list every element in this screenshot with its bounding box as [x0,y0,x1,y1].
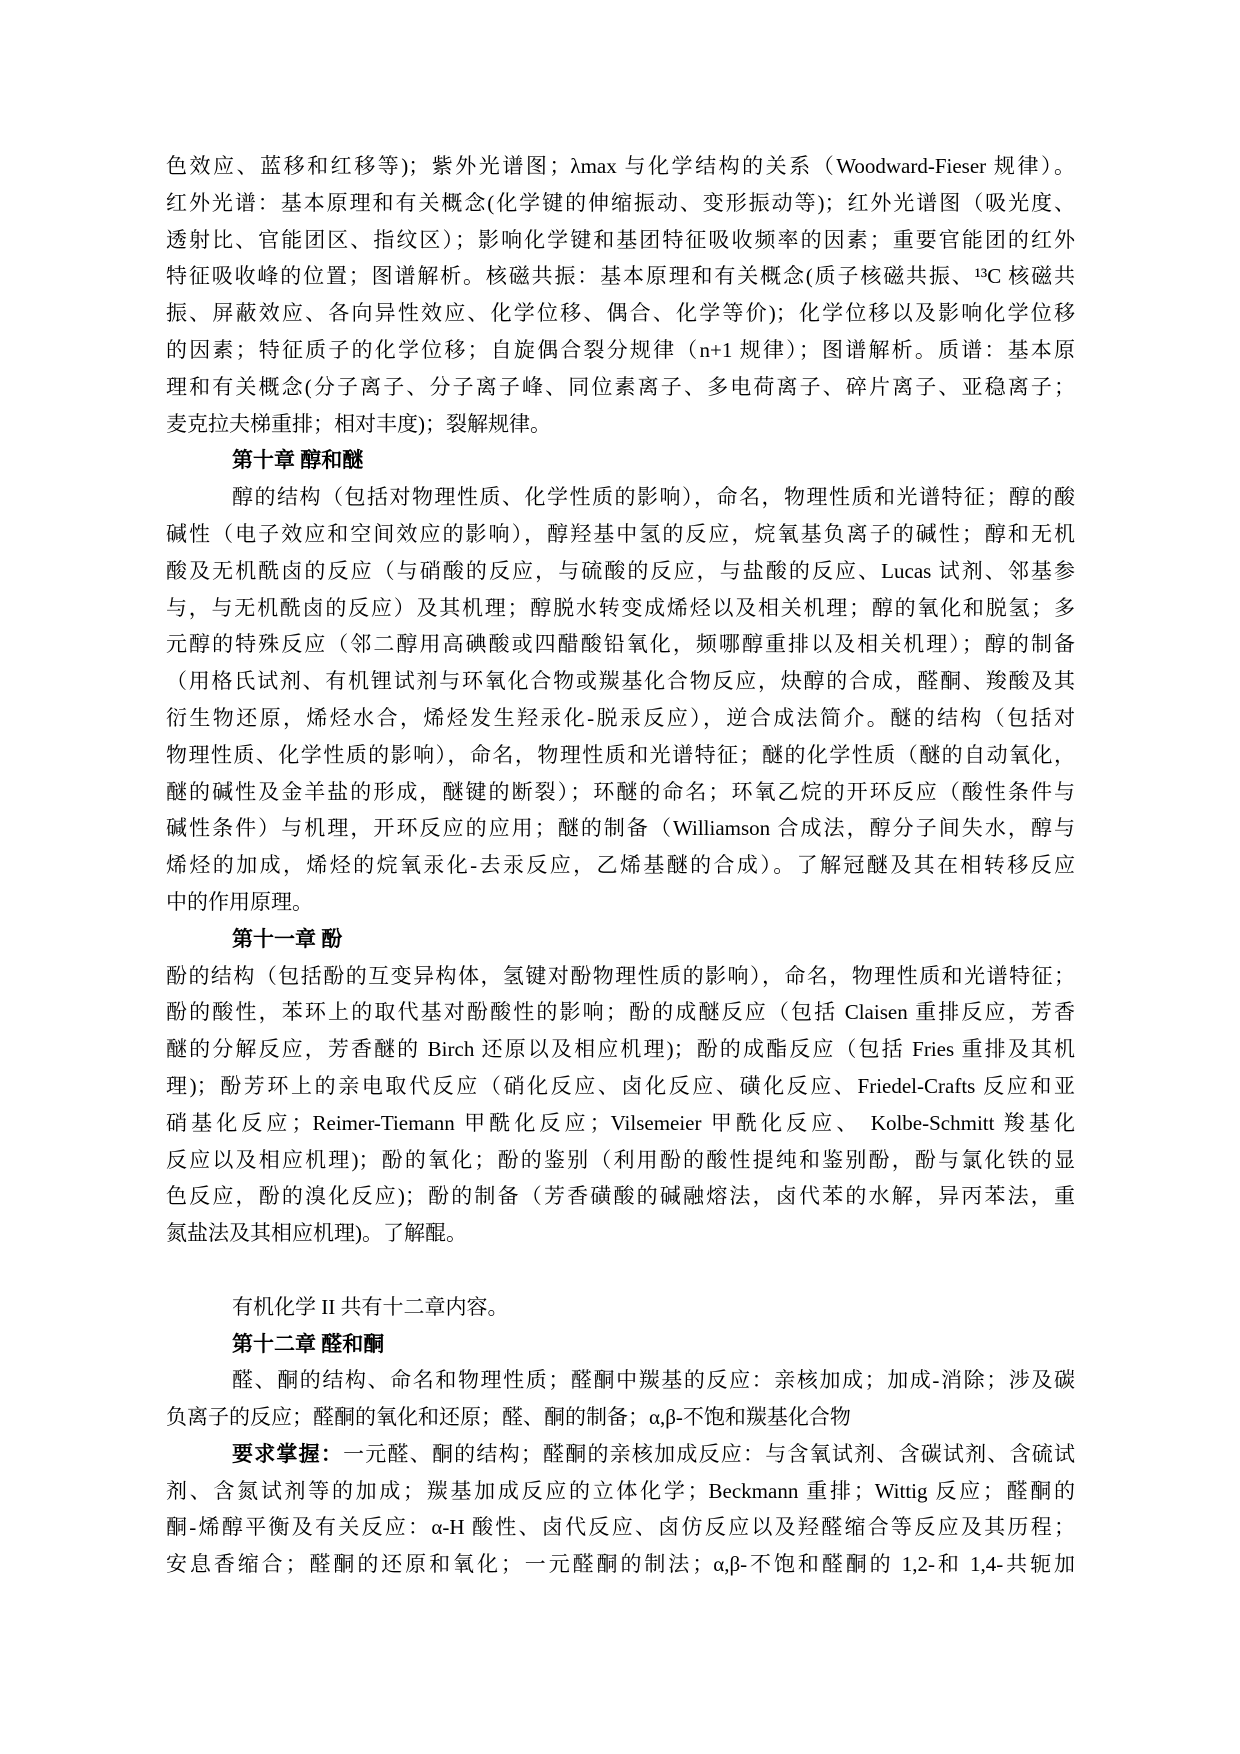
text-line: 硝基化反应；Reimer-Tiemann 甲酰化反应；Vilsemeier 甲酰… [166,1105,1075,1142]
text-line: 醇的结构（包括对物理性质、化学性质的影响），命名，物理性质和光谱特征；醇的酸 [166,479,1075,516]
chapter-heading: 第十章 醇和醚 [166,442,1075,479]
line-text: 醇的结构（包括对物理性质、化学性质的影响），命名，物理性质和光谱特征；醇的酸 [232,485,1075,509]
text-line: 色效应、蓝移和红移等)；紫外光谱图；λmax 与化学结构的关系（Woodward… [166,148,1075,185]
line-text: 酚的酸性，苯环上的取代基对酚酸性的影响；酚的成醚反应（包括 Claisen 重排… [166,1000,1075,1024]
text-line: 碱性（电子效应和空间效应的影响），醇羟基中氢的反应，烷氧基负离子的碱性；醇和无机 [166,516,1075,553]
text-line: 衍生物还原，烯烃水合，烯烃发生羟汞化-脱汞反应），逆合成法简介。醚的结构（包括对 [166,700,1075,737]
line-text: 色效应、蓝移和红移等)；紫外光谱图；λmax 与化学结构的关系（Woodward… [166,154,1075,178]
line-text: 特征吸收峰的位置；图谱解析。核磁共振：基本原理和有关概念(质子核磁共振、¹³C … [166,264,1075,288]
line-text: 一元醛、酮的结构；醛酮的亲核加成反应：与含氧试剂、含碳试剂、含硫试 [343,1442,1075,1466]
line-text: 剂、含氮试剂等的加成；羰基加成反应的立体化学；Beckmann 重排；Witti… [166,1479,1075,1503]
line-text: 第十二章 醛和酮 [232,1332,384,1356]
line-text: 色反应，酚的溴化反应)；酚的制备（芳香磺酸的碱融熔法，卤代苯的水解，异丙苯法，重 [166,1184,1075,1208]
text-line: 的因素；特征质子的化学位移；自旋偶合裂分规律（n+1 规律）；图谱解析。质谱：基… [166,332,1075,369]
line-text: 有机化学 II 共有十二章内容。 [232,1295,509,1319]
line-text: 透射比、官能团区、指纹区）；影响化学键和基团特征吸收频率的因素；重要官能团的红外 [166,228,1075,252]
line-text: 的因素；特征质子的化学位移；自旋偶合裂分规律（n+1 规律）；图谱解析。质谱：基… [166,338,1075,362]
line-text: 麦克拉夫梯重排；相对丰度)；裂解规律。 [166,412,551,436]
text-line: 醚的碱性及金羊盐的形成，醚键的断裂）；环醚的命名；环氧乙烷的开环反应（酸性条件与 [166,774,1075,811]
line-text: 醚的分解反应，芳香醚的 Birch 还原以及相应机理)；酚的成酯反应（包括 Fr… [166,1037,1075,1061]
text-line: 剂、含氮试剂等的加成；羰基加成反应的立体化学；Beckmann 重排；Witti… [166,1473,1075,1510]
text-line: 负离子的反应；醛酮的氧化和还原；醛、酮的制备；α,β-不饱和羰基化合物 [166,1399,1075,1436]
text-line: 安息香缩合；醛酮的还原和氧化；一元醛酮的制法；α,β-不饱和醛酮的 1,2-和 … [166,1546,1075,1583]
text-line: 振、屏蔽效应、各向异性效应、化学位移、偶合、化学等价)；化学位移以及影响化学位移 [166,295,1075,332]
text-line: 氮盐法及其相应机理)。了解醌。 [166,1215,1075,1252]
line-text: 酸及无机酰卤的反应（与硝酸的反应，与硫酸的反应，与盐酸的反应、Lucas 试剂、… [166,559,1075,583]
text-line: 理和有关概念(分子离子、分子离子峰、同位素离子、多电荷离子、碎片离子、亚稳离子； [166,369,1075,406]
line-text: 中的作用原理。 [166,890,313,914]
text-line: 红外光谱：基本原理和有关概念(化学键的伸缩振动、变形振动等)；红外光谱图（吸光度… [166,185,1075,222]
line-text: 与，与无机酰卤的反应）及其机理；醇脱水转变成烯烃以及相关机理；醇的氧化和脱氢；多 [166,596,1075,620]
line-text: 硝基化反应；Reimer-Tiemann 甲酰化反应；Vilsemeier 甲酰… [166,1111,1075,1135]
text-line: 特征吸收峰的位置；图谱解析。核磁共振：基本原理和有关概念(质子核磁共振、¹³C … [166,258,1075,295]
text-line: 物理性质、化学性质的影响），命名，物理性质和光谱特征；醚的化学性质（醚的自动氧化… [166,737,1075,774]
text-line: 反应以及相应机理)；酚的氧化；酚的鉴别（利用酚的酸性提纯和鉴别酚，酚与氯化铁的显 [166,1142,1075,1179]
chapter-heading: 第十二章 醛和酮 [166,1326,1075,1363]
line-text: 碱性（电子效应和空间效应的影响），醇羟基中氢的反应，烷氧基负离子的碱性；醇和无机 [166,522,1075,546]
text-line: 中的作用原理。 [166,884,1075,921]
text-line: 色反应，酚的溴化反应)；酚的制备（芳香磺酸的碱融熔法，卤代苯的水解，异丙苯法，重 [166,1178,1075,1215]
text-line: 烯烃的加成，烯烃的烷氧汞化-去汞反应，乙烯基醚的合成）。了解冠醚及其在相转移反应 [166,847,1075,884]
line-text: 第十章 醇和醚 [232,448,363,472]
line-text: 第十一章 酚 [232,927,342,951]
line-text: 红外光谱：基本原理和有关概念(化学键的伸缩振动、变形振动等)；红外光谱图（吸光度… [166,191,1075,215]
line-text: 理)；酚芳环上的亲电取代反应（硝化反应、卤化反应、磺化反应、Friedel-Cr… [166,1074,1075,1098]
line-text: 衍生物还原，烯烃水合，烯烃发生羟汞化-脱汞反应），逆合成法简介。醚的结构（包括对 [166,706,1075,730]
blank-line [166,1252,1075,1289]
text-line: 醚的分解反应，芳香醚的 Birch 还原以及相应机理)；酚的成酯反应（包括 Fr… [166,1031,1075,1068]
line-text: 碱性条件）与机理，开环反应的应用；醚的制备（Williamson 合成法，醇分子… [166,816,1075,840]
line-text: 烯烃的加成，烯烃的烷氧汞化-去汞反应，乙烯基醚的合成）。了解冠醚及其在相转移反应 [166,853,1075,877]
line-text: 酚的结构（包括酚的互变异构体，氢键对酚物理性质的影响），命名，物理性质和光谱特征… [166,964,1075,988]
text-line: 碱性条件）与机理，开环反应的应用；醚的制备（Williamson 合成法，醇分子… [166,810,1075,847]
line-text: 酮-烯醇平衡及有关反应：α-H 酸性、卤代反应、卤仿反应以及羟醛缩合等反应及其历… [166,1515,1075,1539]
text-line: 酚的酸性，苯环上的取代基对酚酸性的影响；酚的成醚反应（包括 Claisen 重排… [166,994,1075,1031]
line-text: 元醇的特殊反应（邻二醇用高碘酸或四醋酸铅氧化，频哪醇重排以及相关机理）；醇的制备 [166,632,1075,656]
line-text: 安息香缩合；醛酮的还原和氧化；一元醛酮的制法；α,β-不饱和醛酮的 1,2-和 … [166,1552,1075,1576]
line-text: 反应以及相应机理)；酚的氧化；酚的鉴别（利用酚的酸性提纯和鉴别酚，酚与氯化铁的显 [166,1148,1075,1172]
bold-lead-in: 要求掌握： [232,1442,343,1466]
text-line: 元醇的特殊反应（邻二醇用高碘酸或四醋酸铅氧化，频哪醇重排以及相关机理）；醇的制备 [166,626,1075,663]
line-text: 物理性质、化学性质的影响），命名，物理性质和光谱特征；醚的化学性质（醚的自动氧化… [166,743,1075,767]
line-text: 醛、酮的结构、命名和物理性质；醛酮中羰基的反应：亲核加成；加成-消除；涉及碳 [232,1368,1075,1392]
line-text: 氮盐法及其相应机理)。了解醌。 [166,1221,467,1245]
chapter-heading: 第十一章 酚 [166,921,1075,958]
text-line: 要求掌握：一元醛、酮的结构；醛酮的亲核加成反应：与含氧试剂、含碳试剂、含硫试 [166,1436,1075,1473]
line-text: 振、屏蔽效应、各向异性效应、化学位移、偶合、化学等价)；化学位移以及影响化学位移 [166,301,1075,325]
line-text: 醚的碱性及金羊盐的形成，醚键的断裂）；环醚的命名；环氧乙烷的开环反应（酸性条件与 [166,780,1075,804]
line-text: 理和有关概念(分子离子、分子离子峰、同位素离子、多电荷离子、碎片离子、亚稳离子； [166,375,1075,399]
text-line: 醛、酮的结构、命名和物理性质；醛酮中羰基的反应：亲核加成；加成-消除；涉及碳 [166,1362,1075,1399]
text-line: （用格氏试剂、有机锂试剂与环氧化合物或羰基化合物反应，炔醇的合成，醛酮、羧酸及其 [166,663,1075,700]
text-line: 酮-烯醇平衡及有关反应：α-H 酸性、卤代反应、卤仿反应以及羟醛缩合等反应及其历… [166,1509,1075,1546]
line-text: 负离子的反应；醛酮的氧化和还原；醛、酮的制备；α,β-不饱和羰基化合物 [166,1405,851,1429]
text-line: 理)；酚芳环上的亲电取代反应（硝化反应、卤化反应、磺化反应、Friedel-Cr… [166,1068,1075,1105]
text-line: 酚的结构（包括酚的互变异构体，氢键对酚物理性质的影响），命名，物理性质和光谱特征… [166,958,1075,995]
document-page: 色效应、蓝移和红移等)；紫外光谱图；λmax 与化学结构的关系（Woodward… [0,0,1240,1754]
text-line: 麦克拉夫梯重排；相对丰度)；裂解规律。 [166,406,1075,443]
text-line: 酸及无机酰卤的反应（与硝酸的反应，与硫酸的反应，与盐酸的反应、Lucas 试剂、… [166,553,1075,590]
text-line: 透射比、官能团区、指纹区）；影响化学键和基团特征吸收频率的因素；重要官能团的红外 [166,222,1075,259]
document-text-block: 色效应、蓝移和红移等)；紫外光谱图；λmax 与化学结构的关系（Woodward… [166,148,1075,1583]
line-text: （用格氏试剂、有机锂试剂与环氧化合物或羰基化合物反应，炔醇的合成，醛酮、羧酸及其 [166,669,1075,693]
text-line: 与，与无机酰卤的反应）及其机理；醇脱水转变成烯烃以及相关机理；醇的氧化和脱氢；多 [166,590,1075,627]
text-line: 有机化学 II 共有十二章内容。 [166,1289,1075,1326]
